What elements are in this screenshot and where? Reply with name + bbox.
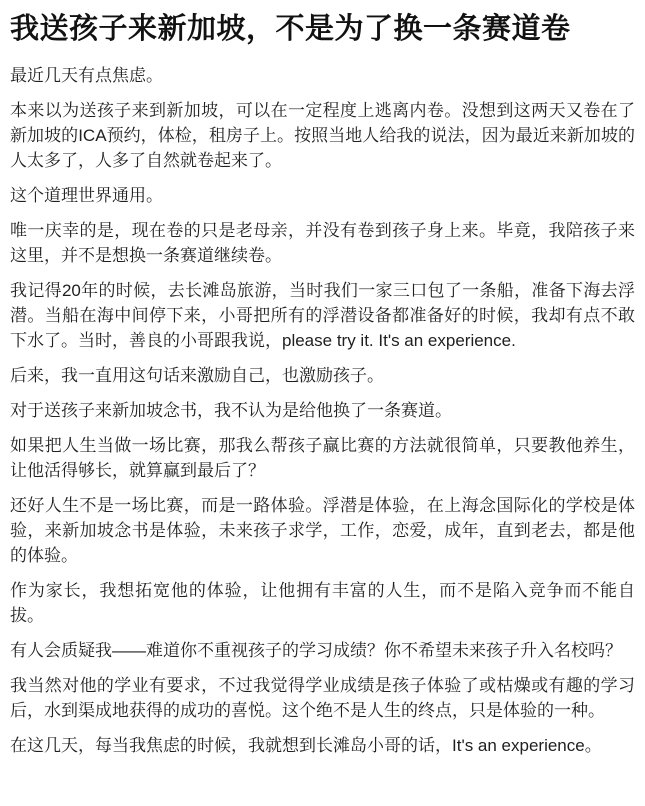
- article: 我送孩子来新加坡，不是为了换一条赛道卷 最近几天有点焦虑。 本来以为送孩子来到新…: [0, 0, 645, 758]
- paragraph: 最近几天有点焦虑。: [10, 63, 635, 88]
- article-title: 我送孩子来新加坡，不是为了换一条赛道卷: [10, 12, 635, 47]
- paragraph: 这个道理世界通用。: [10, 183, 635, 208]
- paragraph: 作为家长，我想拓宽他的体验，让他拥有丰富的人生，而不是陷入竞争而不能自拔。: [10, 578, 635, 628]
- paragraph: 唯一庆幸的是，现在卷的只是老母亲，并没有卷到孩子身上来。毕竟，我陪孩子来这里，并…: [10, 218, 635, 268]
- paragraph: 在这几天，每当我焦虑的时候，我就想到长滩岛小哥的话，It's an experi…: [10, 733, 635, 758]
- paragraph: 我当然对他的学业有要求，不过我觉得学业成绩是孩子体验了或枯燥或有趣的学习后，水到…: [10, 673, 635, 723]
- paragraph: 我记得20年的时候，去长滩岛旅游，当时我们一家三口包了一条船，准备下海去浮潜。当…: [10, 278, 635, 353]
- paragraph: 有人会质疑我——难道你不重视孩子的学习成绩？你不希望未来孩子升入名校吗？: [10, 638, 635, 663]
- paragraph: 本来以为送孩子来到新加坡，可以在一定程度上逃离内卷。没想到这两天又卷在了新加坡的…: [10, 98, 635, 173]
- paragraph: 如果把人生当做一场比赛，那我么帮孩子赢比赛的方法就很简单，只要教他养生，让他活得…: [10, 433, 635, 483]
- paragraph: 还好人生不是一场比赛，而是一路体验。浮潜是体验，在上海念国际化的学校是体验，来新…: [10, 493, 635, 568]
- paragraph: 后来，我一直用这句话来激励自己，也激励孩子。: [10, 363, 635, 388]
- paragraph: 对于送孩子来新加坡念书，我不认为是给他换了一条赛道。: [10, 398, 635, 423]
